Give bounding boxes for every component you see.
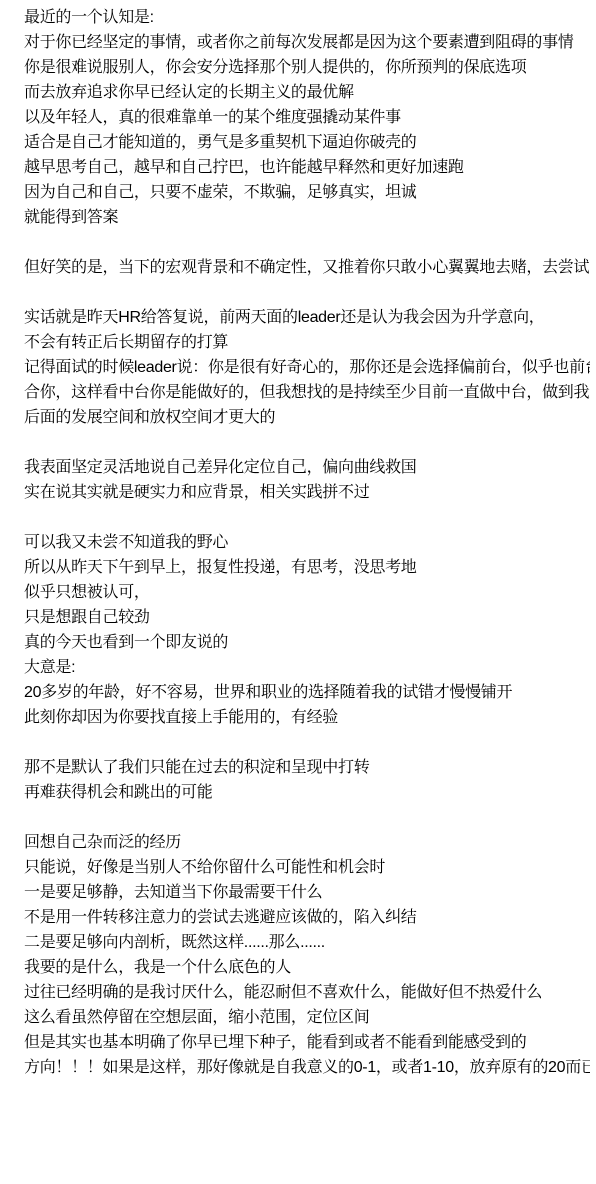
text-line: 此刻你却因为你要找直接上手能用的，有经验 — [24, 705, 590, 730]
text-line: 越早思考自己，越早和自己拧巴，也许能越早释然和更好加速跑 — [24, 155, 590, 180]
text-line: 我表面坚定灵活地说自己差异化定位自己，偏向曲线救国 — [24, 455, 590, 480]
text-line: 后面的发展空间和放权空间才更大的 — [24, 405, 590, 430]
text-line: 那不是默认了我们只能在过去的积淀和呈现中打转 — [24, 755, 590, 780]
text-line: 二是要足够向内剖析，既然这样......那么...... — [24, 930, 590, 955]
text-line: 过往已经明确的是我讨厌什么，能忍耐但不喜欢什么，能做好但不热爱什么 — [24, 980, 590, 1005]
text-line: 记得面试的时候leader说：你是很有好奇心的，那你还是会选择偏前台，似乎也前台… — [24, 355, 590, 380]
text-line: 实话就是昨天HR给答复说，前两天面的leader还是认为我会因为升学意向， — [24, 305, 590, 330]
text-line: 方向！！！如果是这样，那好像就是自我意义的0-1，或者1-10，放弃原有的20而… — [24, 1055, 590, 1080]
blank-line — [24, 430, 590, 455]
text-line: 似乎只想被认可， — [24, 580, 590, 605]
blank-line — [24, 805, 590, 830]
text-line: 回想自己杂而泛的经历 — [24, 830, 590, 855]
text-line: 不是用一件转移注意力的尝试去逃避应该做的，陷入纠结 — [24, 905, 590, 930]
text-line: 而去放弃追求你早已经认定的长期主义的最优解 — [24, 80, 590, 105]
text-line: 但是其实也基本明确了你早已埋下种子，能看到或者不能看到能感受到的 — [24, 1030, 590, 1055]
text-line: 以及年轻人，真的很难靠单一的某个维度强撬动某件事 — [24, 105, 590, 130]
text-line: 真的今天也看到一个即友说的 — [24, 630, 590, 655]
text-line: 只能说，好像是当别人不给你留什么可能性和机会时 — [24, 855, 590, 880]
text-line: 不会有转正后长期留存的打算 — [24, 330, 590, 355]
text-line: 我要的是什么，我是一个什么底色的人 — [24, 955, 590, 980]
text-line: 你是很难说服别人，你会安分选择那个别人提供的，你所预判的保底选项 — [24, 55, 590, 80]
text-line: 只是想跟自己较劲 — [24, 605, 590, 630]
text-line: 所以从昨天下午到早上，报复性投递，有思考，没思考地 — [24, 555, 590, 580]
text-line: 可以我又未尝不知道我的野心 — [24, 530, 590, 555]
blank-line — [24, 730, 590, 755]
text-line: 实在说其实就是硬实力和应背景，相关实践拼不过 — [24, 480, 590, 505]
blank-line — [24, 280, 590, 305]
text-line: 合你，这样看中台你是能做好的，但我想找的是持续至少目前一直做中台，做到我这样， — [24, 380, 590, 405]
text-line: 就能得到答案 — [24, 205, 590, 230]
text-line: 适合是自己才能知道的，勇气是多重契机下逼迫你破壳的 — [24, 130, 590, 155]
blank-line — [24, 230, 590, 255]
note-text-page: 最近的一个认知是:对于你已经坚定的事情，或者你之前每次发展都是因为这个要素遭到阻… — [0, 0, 596, 1184]
text-line: 一是要足够静，去知道当下你最需要干什么 — [24, 880, 590, 905]
text-line: 但好笑的是，当下的宏观背景和不确定性，又推着你只敢小心翼翼地去赌，去尝试 — [24, 255, 590, 280]
text-line: 对于你已经坚定的事情，或者你之前每次发展都是因为这个要素遭到阻碍的事情 — [24, 30, 590, 55]
text-line: 大意是: — [24, 655, 590, 680]
text-line: 20多岁的年龄，好不容易，世界和职业的选择随着我的试错才慢慢铺开 — [24, 680, 590, 705]
text-line: 因为自己和自己，只要不虚荣，不欺骗，足够真实，坦诚 — [24, 180, 590, 205]
text-line: 最近的一个认知是: — [24, 5, 590, 30]
text-line: 再难获得机会和跳出的可能 — [24, 780, 590, 805]
text-line: 这么看虽然停留在空想层面，缩小范围，定位区间 — [24, 1005, 590, 1030]
blank-line — [24, 505, 590, 530]
